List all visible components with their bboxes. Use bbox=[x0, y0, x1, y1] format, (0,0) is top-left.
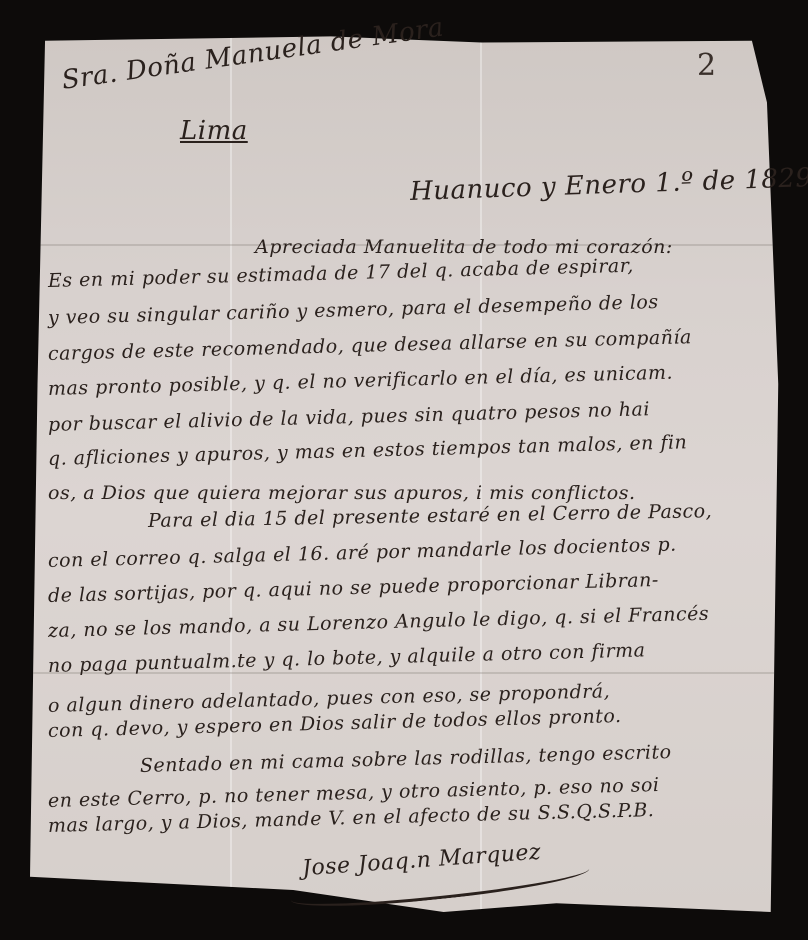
recipient-place: Lima bbox=[180, 116, 248, 146]
page-number: 2 bbox=[697, 48, 717, 83]
fold-crease bbox=[230, 32, 232, 912]
letter-line: os, a Dios que quiera mejorar sus apuros… bbox=[48, 482, 636, 504]
